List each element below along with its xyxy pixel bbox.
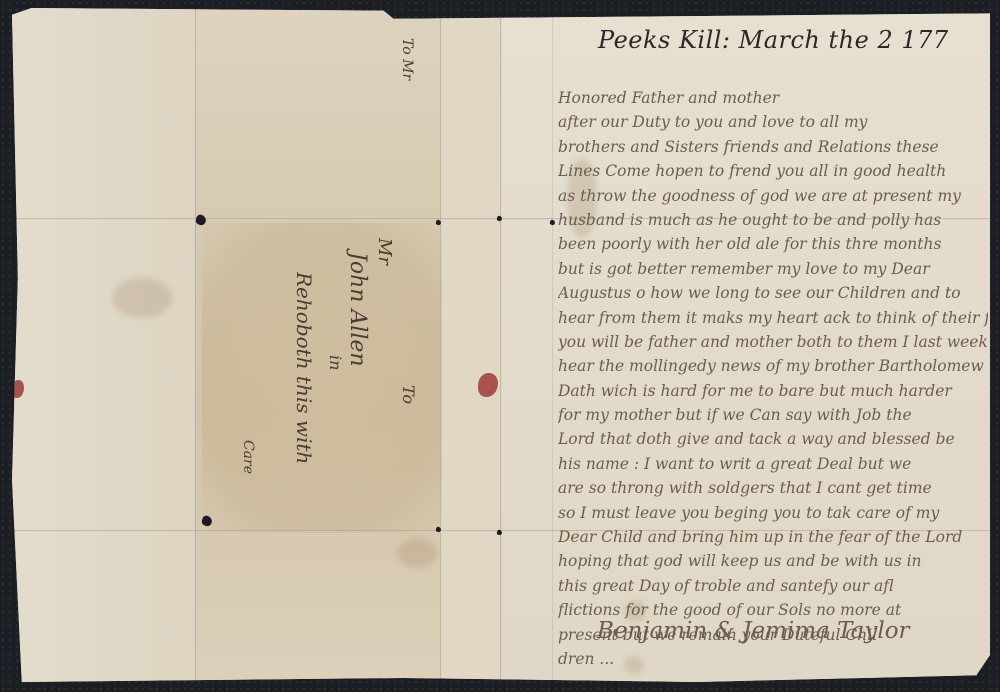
letter-line: you will be father and mother both to th… xyxy=(558,330,988,354)
letter-dateline: Peeks Kill: March the 2 177 xyxy=(598,26,949,54)
letter-line: Honored Father and mother xyxy=(558,86,988,110)
stain xyxy=(397,538,437,568)
letter-line: hoping that god will keep us and be with… xyxy=(558,549,988,573)
letter-line: after our Duty to you and love to all my xyxy=(558,110,988,134)
letter-line: brothers and Sisters friends and Relatio… xyxy=(558,135,988,159)
letter-body: Honored Father and mother after our Duty… xyxy=(558,86,988,671)
letter-line: hear from them it maks my heart ack to t… xyxy=(558,306,988,330)
letter-line: Dear Child and bring him up in the fear … xyxy=(558,525,988,549)
letter-line: dren ... xyxy=(558,647,988,671)
letter-signature: Benjamin & Jemima Taylor xyxy=(597,618,910,644)
letter-line: Augustus o how we long to see our Childr… xyxy=(558,281,988,305)
letter-line: Dath wich is hard for me to bare but muc… xyxy=(558,379,988,403)
stain xyxy=(112,278,172,318)
letter-line: but is got better remember my love to my… xyxy=(558,257,988,281)
letter-line: his name : I want to writ a great Deal b… xyxy=(558,452,988,476)
letter-line: for my mother but if we Can say with Job… xyxy=(558,403,988,427)
letter-line: Lord that doth give and tack a way and b… xyxy=(558,427,988,451)
letter-line: this great Day of troble and santefy our… xyxy=(558,574,988,598)
letter-line: so I must leave you beging you to tak ca… xyxy=(558,501,988,525)
blank-panel-left xyxy=(12,8,195,682)
letter-line: hear the mollingedy news of my brother B… xyxy=(558,354,988,378)
letter-line: been poorly with her old ale for this th… xyxy=(558,232,988,256)
address-line-title: Mr xyxy=(374,238,395,265)
letter-line: are so throng with soldgers that I cant … xyxy=(558,476,988,500)
narrow-panel xyxy=(440,8,500,682)
fold-line xyxy=(195,8,197,682)
address-recipient-name: John Allen xyxy=(345,252,370,367)
fold-line xyxy=(552,8,554,682)
letter-line: as throw the goodness of god we are at p… xyxy=(558,184,988,208)
letter-line: husband is much as he ought to be and po… xyxy=(558,208,988,232)
fold-line xyxy=(500,8,502,682)
fold-line xyxy=(440,8,442,682)
address-location: Rehoboth this with xyxy=(292,272,316,464)
address-stain-area xyxy=(202,223,442,533)
address-top-note: To Mr xyxy=(399,38,415,80)
address-care: Care xyxy=(240,440,256,474)
letter-line: Lines Come hopen to frend you all in goo… xyxy=(558,159,988,183)
address-line-to: To xyxy=(399,385,418,404)
address-line-in: in xyxy=(326,355,345,370)
